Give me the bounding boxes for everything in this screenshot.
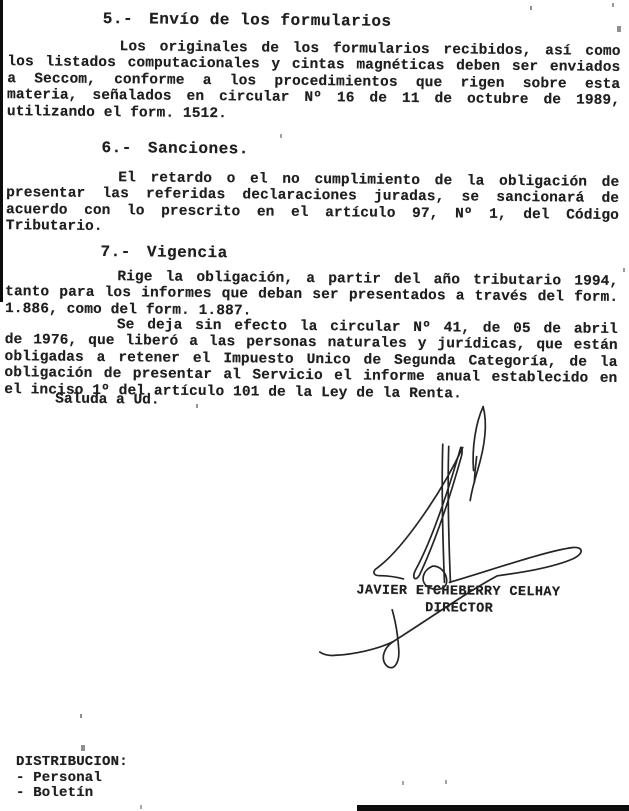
section-6-paragraph: El retardo o el no cumplimiento de la ob…	[6, 169, 620, 241]
signature-stroke	[441, 444, 446, 582]
section-5-heading: 5.-Envío de los formularios	[103, 10, 392, 31]
signatory-name: JAVIER ETCHEBERRY CELHAY	[356, 583, 562, 600]
text-line: - Personal	[16, 771, 128, 787]
scan-speckles	[530, 6, 532, 10]
signature-stroke	[414, 447, 462, 579]
text-line: - Boletín	[16, 786, 128, 802]
section-5-paragraph: Los originales de los formularios recibi…	[7, 38, 621, 126]
signature-stroke	[447, 446, 452, 582]
section-title: Sanciones.	[148, 139, 249, 158]
section-number: 7.-	[100, 243, 130, 261]
section-title: Vigencia	[147, 243, 228, 262]
section-6-heading: 6.-Sanciones.	[101, 139, 248, 158]
section-number: 5.-	[103, 10, 133, 28]
document-body: 5.-Envío de los formularios Los original…	[0, 0, 629, 811]
signature-stroke	[374, 447, 463, 580]
signature-stroke	[474, 457, 476, 483]
signature-stroke	[473, 407, 483, 471]
section-7-heading: 7.-Vigencia	[100, 243, 227, 262]
section-title: Envío de los formularios	[149, 10, 392, 30]
scan-edge-bar-bottom	[357, 805, 629, 811]
signature-stroke	[320, 641, 393, 656]
section-number: 6.-	[101, 139, 131, 157]
signatory-block: JAVIER ETCHEBERRY CELHAY DIRECTOR	[356, 583, 562, 617]
distribution-block: DISTRIBUCION: - Personal- Boletín	[16, 755, 128, 802]
signature-stroke	[470, 407, 485, 501]
section-7-paragraph-2: Se deja sin efecto la circular Nº 41, de…	[4, 316, 618, 404]
scan-edge-bar-left	[0, 0, 3, 302]
section-7-paragraph-1: Rige la obligación, a partir del año tri…	[5, 268, 618, 323]
handwritten-signature	[288, 399, 591, 692]
signatory-role: DIRECTOR	[356, 600, 562, 617]
scanned-document-page: 5.-Envío de los formularios Los original…	[0, 0, 629, 811]
closing-salutation: Saluda a Ud.	[55, 392, 160, 409]
distribution-heading: DISTRIBUCION:	[16, 755, 128, 771]
distribution-items: - Personal- Boletín	[16, 771, 128, 802]
